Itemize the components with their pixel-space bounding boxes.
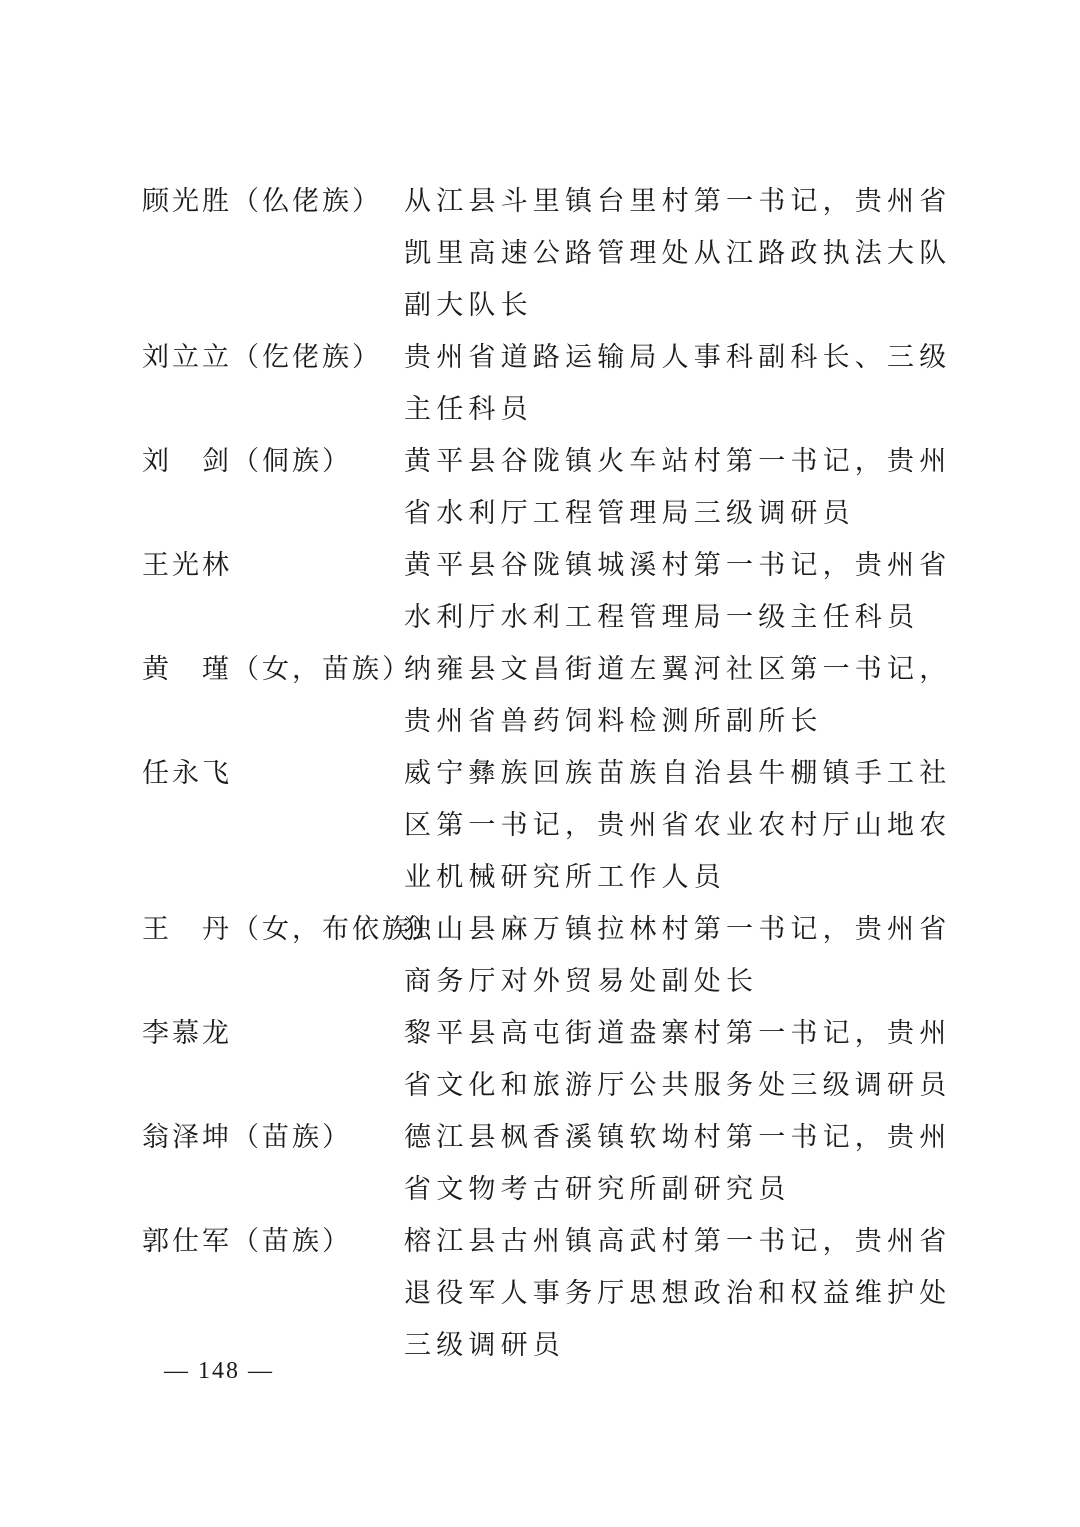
document-page: 顾光胜（仫佬族） 从江县斗里镇台里村第一书记，贵州省 凯里高速公路管理处从江路政… <box>0 0 1080 1527</box>
list-item: 郭仕军（苗族） 榕江县古州镇高武村第一书记，贵州省 退役军人事务厅思想政治和权益… <box>142 1216 942 1372</box>
position-line: 商务厅对外贸易处副处长 <box>404 956 938 1008</box>
position-line: 凯里高速公路管理处从江路政执法大队 <box>404 228 938 280</box>
person-position: 黎平县高屯街道盎寨村第一书记，贵州 省文化和旅游厅公共服务处三级调研员 <box>404 1008 938 1112</box>
list-item: 刘立立（仡佬族） 贵州省道路运输局人事科副科长、三级 主任科员 <box>142 332 942 436</box>
list-item: 李慕龙 黎平县高屯街道盎寨村第一书记，贵州 省文化和旅游厅公共服务处三级调研员 <box>142 1008 942 1112</box>
person-name: 顾光胜（仫佬族） <box>142 176 404 228</box>
person-position: 威宁彝族回族苗族自治县牛棚镇手工社 区第一书记，贵州省农业农村厅山地农 业机械研… <box>404 748 938 904</box>
list-item: 王 丹（女，布依族） 独山县麻万镇拉林村第一书记，贵州省 商务厅对外贸易处副处长 <box>142 904 942 1008</box>
person-position: 黄平县谷陇镇城溪村第一书记，贵州省 水利厅水利工程管理局一级主任科员 <box>404 540 938 644</box>
person-name: 黄 瑾（女，苗族） <box>142 644 404 696</box>
position-line: 独山县麻万镇拉林村第一书记，贵州省 <box>404 904 938 956</box>
position-line: 副大队长 <box>404 280 938 332</box>
position-line: 威宁彝族回族苗族自治县牛棚镇手工社 <box>404 748 938 800</box>
person-name: 李慕龙 <box>142 1008 404 1060</box>
position-line: 贵州省道路运输局人事科副科长、三级 <box>404 332 938 384</box>
person-name: 翁泽坤（苗族） <box>142 1112 404 1164</box>
personnel-list: 顾光胜（仫佬族） 从江县斗里镇台里村第一书记，贵州省 凯里高速公路管理处从江路政… <box>142 176 942 1372</box>
position-line: 省文化和旅游厅公共服务处三级调研员 <box>404 1060 938 1112</box>
position-line: 业机械研究所工作人员 <box>404 852 938 904</box>
position-line: 德江县枫香溪镇软坳村第一书记，贵州 <box>404 1112 938 1164</box>
position-line: 贵州省兽药饲料检测所副所长 <box>404 696 938 748</box>
position-line: 黄平县谷陇镇城溪村第一书记，贵州省 <box>404 540 938 592</box>
list-item: 顾光胜（仫佬族） 从江县斗里镇台里村第一书记，贵州省 凯里高速公路管理处从江路政… <box>142 176 942 332</box>
person-position: 从江县斗里镇台里村第一书记，贵州省 凯里高速公路管理处从江路政执法大队 副大队长 <box>404 176 938 332</box>
person-position: 贵州省道路运输局人事科副科长、三级 主任科员 <box>404 332 938 436</box>
person-position: 黄平县谷陇镇火车站村第一书记，贵州 省水利厅工程管理局三级调研员 <box>404 436 938 540</box>
list-item: 王光林 黄平县谷陇镇城溪村第一书记，贵州省 水利厅水利工程管理局一级主任科员 <box>142 540 942 644</box>
person-position: 榕江县古州镇高武村第一书记，贵州省 退役军人事务厅思想政治和权益维护处 三级调研… <box>404 1216 938 1372</box>
person-position: 德江县枫香溪镇软坳村第一书记，贵州 省文物考古研究所副研究员 <box>404 1112 938 1216</box>
position-line: 纳雍县文昌街道左翼河社区第一书记， <box>404 644 938 696</box>
position-line: 榕江县古州镇高武村第一书记，贵州省 <box>404 1216 938 1268</box>
person-position: 纳雍县文昌街道左翼河社区第一书记， 贵州省兽药饲料检测所副所长 <box>404 644 938 748</box>
position-line: 黎平县高屯街道盎寨村第一书记，贵州 <box>404 1008 938 1060</box>
position-line: 水利厅水利工程管理局一级主任科员 <box>404 592 938 644</box>
list-item: 黄 瑾（女，苗族） 纳雍县文昌街道左翼河社区第一书记， 贵州省兽药饲料检测所副所… <box>142 644 942 748</box>
person-name: 刘 剑（侗族） <box>142 436 404 488</box>
position-line: 退役军人事务厅思想政治和权益维护处 <box>404 1268 938 1320</box>
position-line: 省文物考古研究所副研究员 <box>404 1164 938 1216</box>
list-item: 刘 剑（侗族） 黄平县谷陇镇火车站村第一书记，贵州 省水利厅工程管理局三级调研员 <box>142 436 942 540</box>
position-line: 黄平县谷陇镇火车站村第一书记，贵州 <box>404 436 938 488</box>
person-name: 王光林 <box>142 540 404 592</box>
person-name: 郭仕军（苗族） <box>142 1216 404 1268</box>
position-line: 主任科员 <box>404 384 938 436</box>
position-line: 区第一书记，贵州省农业农村厅山地农 <box>404 800 938 852</box>
list-item: 翁泽坤（苗族） 德江县枫香溪镇软坳村第一书记，贵州 省文物考古研究所副研究员 <box>142 1112 942 1216</box>
person-name: 王 丹（女，布依族） <box>142 904 404 956</box>
person-position: 独山县麻万镇拉林村第一书记，贵州省 商务厅对外贸易处副处长 <box>404 904 938 1008</box>
person-name: 任永飞 <box>142 748 404 800</box>
list-item: 任永飞 威宁彝族回族苗族自治县牛棚镇手工社 区第一书记，贵州省农业农村厅山地农 … <box>142 748 942 904</box>
position-line: 三级调研员 <box>404 1320 938 1372</box>
page-number: — 148 — <box>164 1358 274 1385</box>
position-line: 从江县斗里镇台里村第一书记，贵州省 <box>404 176 938 228</box>
position-line: 省水利厅工程管理局三级调研员 <box>404 488 938 540</box>
person-name: 刘立立（仡佬族） <box>142 332 404 384</box>
